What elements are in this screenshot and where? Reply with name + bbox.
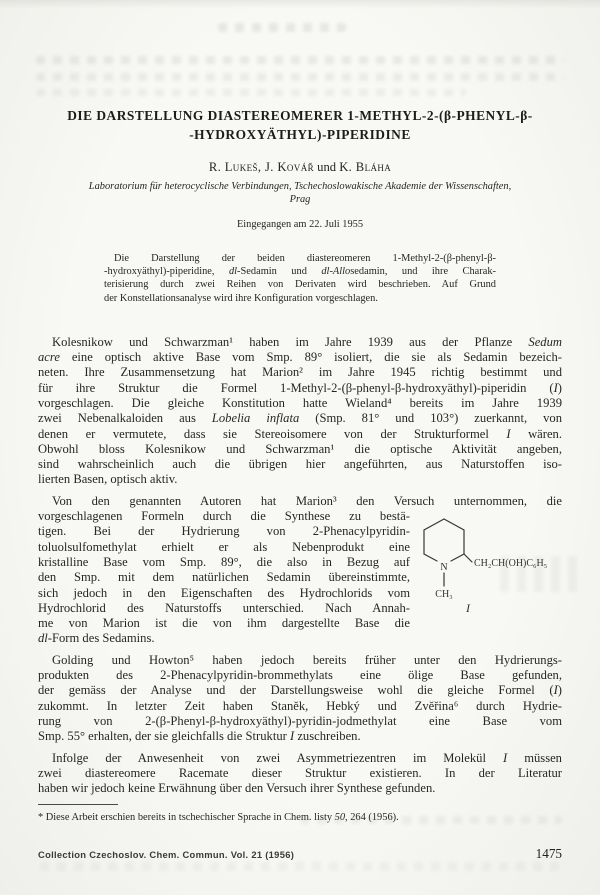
body-line: denen er vermutete, dass sie Stereoisome… <box>38 427 562 442</box>
paragraph-4: Infolge der Anwesenheit von zwei Asymmet… <box>38 751 562 797</box>
body-line: lierten Basen, optisch aktiv. <box>38 472 562 487</box>
affiliation-line1: Laboratorium für heterocyclische Verbind… <box>38 180 562 193</box>
abstract-line: -hydroxyäthyl)-piperidine, dl-Sedamin un… <box>104 265 496 278</box>
body-line: produkten des 2-Phenacylpyridin-brommeth… <box>38 668 562 683</box>
article-title: DIE DARSTELLUNG DIASTEREOMERER 1-METHYL-… <box>38 0 562 144</box>
body-line: acre eine optisch aktive Base vom Smp. 8… <box>38 350 562 365</box>
body-line: zwei diastereomere Racemate dieser Struk… <box>38 766 562 781</box>
wrapped-text-column: vorgeschlagenen Formeln durch die Synthe… <box>38 509 410 647</box>
n-methyl-label: CH₃ <box>435 589 452 600</box>
footnote-text: * Diese Arbeit erschien bereits in tsche… <box>38 811 562 824</box>
structure-roman-numeral: I <box>465 601 471 615</box>
body-line: für ihre Struktur die Formel 1-Methyl-2-… <box>38 381 562 396</box>
body-line: sich jedoch in den Eigenschaften des Hyd… <box>38 586 410 601</box>
footnote: * Diese Arbeit erschien bereits in tsche… <box>38 804 562 824</box>
text-figure-wrap: vorgeschlagenen Formeln durch die Synthe… <box>38 509 562 647</box>
body-line: vorgeschlagenen Formeln durch die Synthe… <box>38 509 410 524</box>
body-line: kristalline Base vom Smp. 89°, die also … <box>38 555 410 570</box>
body-line: Hydrochlorid des Naturstoffs unterschied… <box>38 601 410 616</box>
journal-citation: Collection Czechoslov. Chem. Commun. Vol… <box>38 849 294 860</box>
authors: R. Lukeš, J. Kovář und K. Bláha <box>38 160 562 175</box>
affiliation-line2: Prag <box>38 193 562 206</box>
body-line: toluolsulfomethylat erhielt er als Neben… <box>38 540 410 555</box>
body-line: Infolge der Anwesenheit von zwei Asymmet… <box>38 751 562 766</box>
article-title-line1: DIE DARSTELLUNG DIASTEREOMERER 1-METHYL-… <box>38 106 562 125</box>
abstract: Die Darstellung der beiden diastereomere… <box>104 252 496 305</box>
body-line: der gemäss der Analyse und der Darstellu… <box>38 683 562 698</box>
figure-column: N CH₃ CH₂CH(OH)C₆H₅ I <box>410 509 564 647</box>
body-line: dl-Form des Sedamins. <box>38 631 410 646</box>
paragraph-2: Von den genannten Autoren hat Marion³ de… <box>38 494 562 647</box>
ring-bond <box>424 519 444 561</box>
abstract-line: terisierung durch zwei Reihen von Deriva… <box>104 278 496 291</box>
body-line: tigen. Bei der Hydrierung von 2-Phenacyl… <box>38 524 410 539</box>
bleedthrough-artifact <box>40 862 560 871</box>
page-number: 1475 <box>536 846 562 862</box>
body-line: zukommt. In letzter Zeit haben Staněk, H… <box>38 699 562 714</box>
article-title-line2: -HYDROXYÄTHYL)-PIPERIDINE <box>38 125 562 144</box>
article-body: Kolesnikow und Schwarzman¹ haben im Jahr… <box>38 335 562 797</box>
abstract-line: Die Darstellung der beiden diastereomere… <box>104 252 496 265</box>
body-line: me von Marion ist die von ihm dargestell… <box>38 616 410 631</box>
paragraph-3: Golding und Howton⁵ haben jedoch bereits… <box>38 653 562 745</box>
body-line: sind wahrscheinlich auch die übrigen hie… <box>38 457 562 472</box>
body-line: neten. Ihre Zusammensetzung hat Marion² … <box>38 365 562 380</box>
body-line: Obwohl bloss Kolesnikow und Schwarzman¹ … <box>38 442 562 457</box>
nitrogen-atom-label: N <box>440 562 447 573</box>
abstract-line: der Konstellationsanalyse wird ihre Konf… <box>104 292 496 305</box>
body-line: Smp. 55° erhalten, der sie gleichfalls d… <box>38 729 562 744</box>
side-chain-bond <box>464 554 472 562</box>
paragraph-1: Kolesnikow und Schwarzman¹ haben im Jahr… <box>38 335 562 488</box>
body-line: Golding und Howton⁵ haben jedoch bereits… <box>38 653 562 668</box>
footnote-rule <box>38 804 118 805</box>
affiliation: Laboratorium für heterocyclische Verbind… <box>38 180 562 206</box>
body-line: Kolesnikow und Schwarzman¹ haben im Jahr… <box>38 335 562 350</box>
side-chain-label: CH₂CH(OH)C₆H₅ <box>474 558 547 569</box>
received-date: Eingegangen am 22. Juli 1955 <box>38 219 562 230</box>
body-line: zwei Nebenalkaloiden aus Lobelia inflata… <box>38 411 562 426</box>
page-footer: Collection Czechoslov. Chem. Commun. Vol… <box>38 846 562 862</box>
body-line: haben wir jedoch keine Erwähnung über de… <box>38 781 562 796</box>
journal-page: DIE DARSTELLUNG DIASTEREOMERER 1-METHYL-… <box>0 0 600 895</box>
body-line: vorgeschlagen. Die gleiche Konstitution … <box>38 396 562 411</box>
body-line: den Smp. mit dem natürlichen Sedamin übe… <box>38 570 410 585</box>
body-line: Von den genannten Autoren hat Marion³ de… <box>38 494 562 509</box>
body-line: rung von 2-(β-Phenyl-β-hydroxyäthyl)-pyr… <box>38 714 562 729</box>
chemical-structure-formula-I: N CH₃ CH₂CH(OH)C₆H₅ I <box>414 513 564 617</box>
ring-bond <box>444 519 464 561</box>
